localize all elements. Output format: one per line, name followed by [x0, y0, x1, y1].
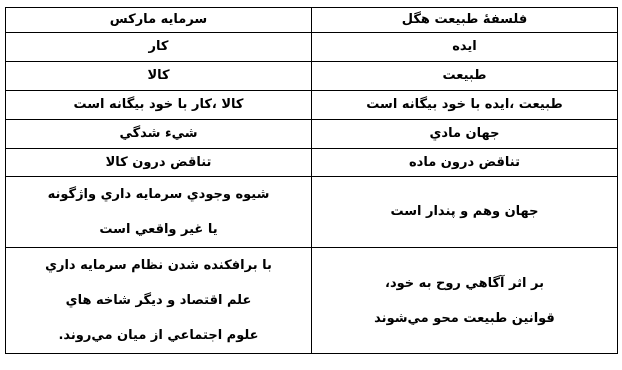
cell-text-line: با برافكنده شدن نظام سرمايه داري	[6, 248, 311, 283]
table-row: جهان وهم و پندار است شيوه وجودي سرمايه د…	[6, 177, 618, 248]
cell-text: جهان وهم و پندار است	[312, 204, 617, 220]
cell-text-line: علوم اجتماعي از ميان مي‌روند.	[6, 318, 311, 353]
header-cell-marx: سرمايه ماركس	[6, 8, 312, 33]
table-row: طبيعت كالا	[6, 62, 618, 91]
cell-hegel-material-world: جهان مادي	[312, 120, 618, 149]
cell-text: كار	[6, 39, 311, 55]
cell-marx-contradiction: تناقض درون كالا	[6, 149, 312, 177]
cell-hegel-contradiction: تناقض درون ماده	[312, 149, 618, 177]
header-hegel-label: فلسفهٔ طبيعت هگل	[312, 12, 617, 28]
cell-text-line: بر اثر آگاهي روح به خود،	[312, 266, 617, 301]
cell-hegel-nature: طبيعت	[312, 62, 618, 91]
cell-text: تناقض درون ماده	[312, 155, 617, 171]
table-row: بر اثر آگاهي روح به خود، قوانين طبيعت مح…	[6, 248, 618, 354]
cell-text: تناقض درون كالا	[6, 155, 311, 171]
cell-text: كالا ،كار با خود بيگانه است	[6, 97, 311, 113]
comparison-table: فلسفهٔ طبيعت هگل سرمايه ماركس ايده كار ط…	[5, 7, 618, 354]
table-row: طبيعت ،ايده با خود بيگانه است كالا ،كار …	[6, 91, 618, 120]
cell-text-line: قوانين طبيعت محو مي‌شوند	[312, 301, 617, 336]
cell-text: جهان مادي	[312, 126, 617, 142]
cell-text-line: شيوه وجودي سرمايه داري واژگونه	[6, 177, 311, 212]
cell-hegel-idea: ايده	[312, 33, 618, 62]
header-marx-label: سرمايه ماركس	[6, 12, 311, 28]
table-row: جهان مادي شيء شدگي	[6, 120, 618, 149]
cell-marx-alienation: كالا ،كار با خود بيگانه است	[6, 91, 312, 120]
cell-marx-labor: كار	[6, 33, 312, 62]
cell-marx-inverted-mode: شيوه وجودي سرمايه داري واژگونه يا غير وا…	[6, 177, 312, 248]
cell-text: شيء شدگي	[6, 126, 311, 142]
cell-text: طبيعت ،ايده با خود بيگانه است	[312, 97, 617, 113]
cell-text-line: علم اقتصاد و ديگر شاخه هاي	[6, 283, 311, 318]
cell-marx-reification: شيء شدگي	[6, 120, 312, 149]
cell-text: كالا	[6, 68, 311, 84]
table-row: تناقض درون ماده تناقض درون كالا	[6, 149, 618, 177]
header-cell-hegel: فلسفهٔ طبيعت هگل	[312, 8, 618, 33]
cell-marx-commodity: كالا	[6, 62, 312, 91]
cell-hegel-alienation: طبيعت ،ايده با خود بيگانه است	[312, 91, 618, 120]
table-row: ايده كار	[6, 33, 618, 62]
cell-hegel-laws-vanish: بر اثر آگاهي روح به خود، قوانين طبيعت مح…	[312, 248, 618, 354]
cell-marx-sciences-vanish: با برافكنده شدن نظام سرمايه داري علم اقت…	[6, 248, 312, 354]
cell-text: ايده	[312, 39, 617, 55]
cell-text: طبيعت	[312, 68, 617, 84]
page: فلسفهٔ طبيعت هگل سرمايه ماركس ايده كار ط…	[0, 0, 622, 370]
table-header-row: فلسفهٔ طبيعت هگل سرمايه ماركس	[6, 8, 618, 33]
cell-text-line: يا غير واقعي است	[6, 212, 311, 247]
cell-hegel-illusion: جهان وهم و پندار است	[312, 177, 618, 248]
